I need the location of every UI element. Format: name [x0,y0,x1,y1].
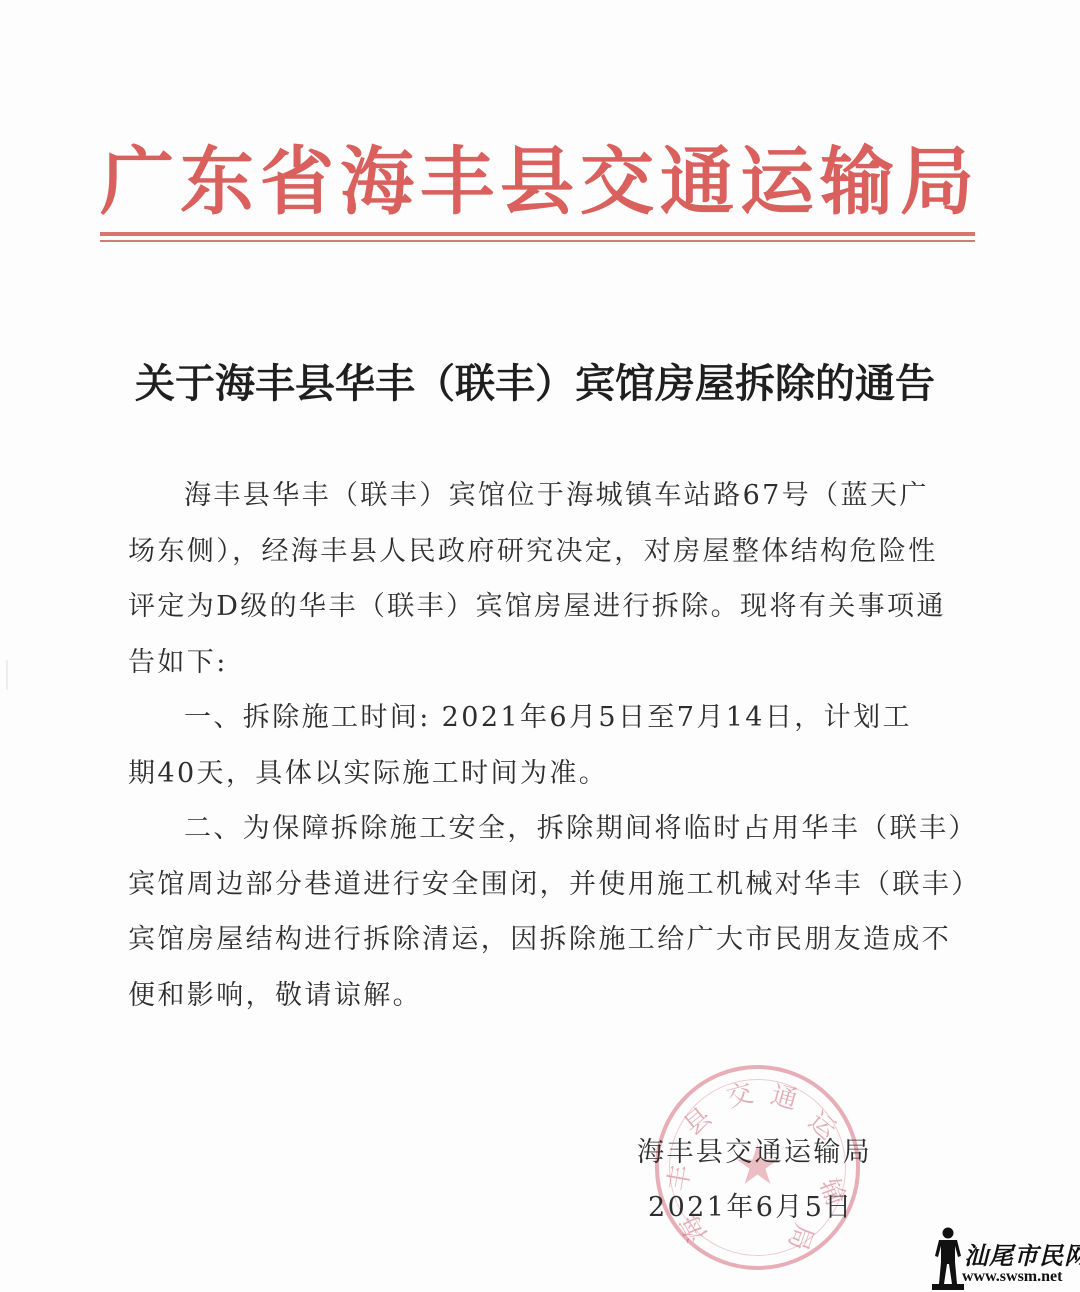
body-line: 宾馆房屋结构进行拆除清运，因拆除施工给广大市民朋友造成不 [128,912,948,968]
body-line: 场东侧），经海丰县人民政府研究决定，对房屋整体结构危险性 [128,524,948,580]
letterhead-rule-thin [100,240,975,242]
document-page: 广东省海丰县交通运输局 关于海丰县华丰（联丰）宾馆房屋拆除的通告 海丰县华丰（联… [0,0,1080,1292]
body-line: 宾馆周边部分巷道进行安全围闭，并使用施工机械对华丰（联丰） [128,857,948,913]
body-line: 海丰县华丰（联丰）宾馆位于海城镇车站路67号（蓝天广 [128,468,948,524]
body-line: 便和影响，敬请谅解。 [128,968,948,1024]
body-line: 二、为保障拆除施工安全，拆除期间将临时占用华丰（联丰） [128,801,948,857]
body-line: 一、拆除施工时间: 2021年6月5日至7月14日，计划工 [128,690,948,746]
paragraph-item-1: 一、拆除施工时间: 2021年6月5日至7月14日，计划工 期40天，具体以实际… [128,690,948,801]
letterhead-agency-name: 广东省海丰县交通运输局 [100,140,975,224]
body-line: 告如下: [128,635,948,691]
body-line: 期40天，具体以实际施工时间为准。 [128,746,948,802]
scan-artifact [6,660,8,690]
letterhead-rule-thick [100,232,975,236]
watermark-url: www.swsm.net [962,1268,1062,1286]
notice-title: 关于海丰县华丰（联丰）宾馆房屋拆除的通告 [120,358,950,410]
paragraph-item-2: 二、为保障拆除施工安全，拆除期间将临时占用华丰（联丰） 宾馆周边部分巷道进行安全… [128,801,948,1023]
body-line: 评定为D级的华丰（联丰）宾馆房屋进行拆除。现将有关事项通 [128,579,948,635]
watermark-site-name: 汕尾市民网 [964,1236,1080,1271]
signature-agency: 海丰县交通运输局 [637,1130,872,1169]
notice-body: 海丰县华丰（联丰）宾馆位于海城镇车站路67号（蓝天广 场东侧），经海丰县人民政府… [128,468,948,1023]
paragraph-intro: 海丰县华丰（联丰）宾馆位于海城镇车站路67号（蓝天广 场东侧），经海丰县人民政府… [128,468,948,690]
signature-date: 2021年6月5日 [648,1185,854,1224]
site-watermark: 汕尾市民网 www.swsm.net [920,1222,1080,1292]
